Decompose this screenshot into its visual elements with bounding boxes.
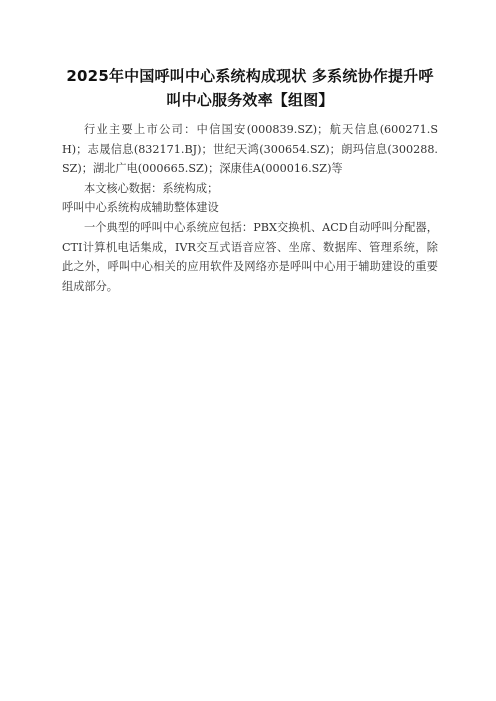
core-data-paragraph: 本文核心数据：系统构成； — [62, 179, 438, 199]
system-composition-paragraph: 一个典型的呼叫中心系统应包括：PBX交换机、ACD自动呼叫分配器，CTI计算机电… — [62, 218, 438, 296]
document-title: 2025年中国呼叫中心系统构成现状 多系统协作提升呼叫中心服务效率【组图】 — [62, 64, 438, 112]
document-page: 2025年中国呼叫中心系统构成现状 多系统协作提升呼叫中心服务效率【组图】 行业… — [62, 64, 438, 296]
listed-companies-paragraph: 行业主要上市公司：中信国安(000839.SZ)；航天信息(600271.SH)… — [62, 120, 438, 179]
section-heading: 呼叫中心系统构成辅助整体建设 — [62, 198, 438, 218]
